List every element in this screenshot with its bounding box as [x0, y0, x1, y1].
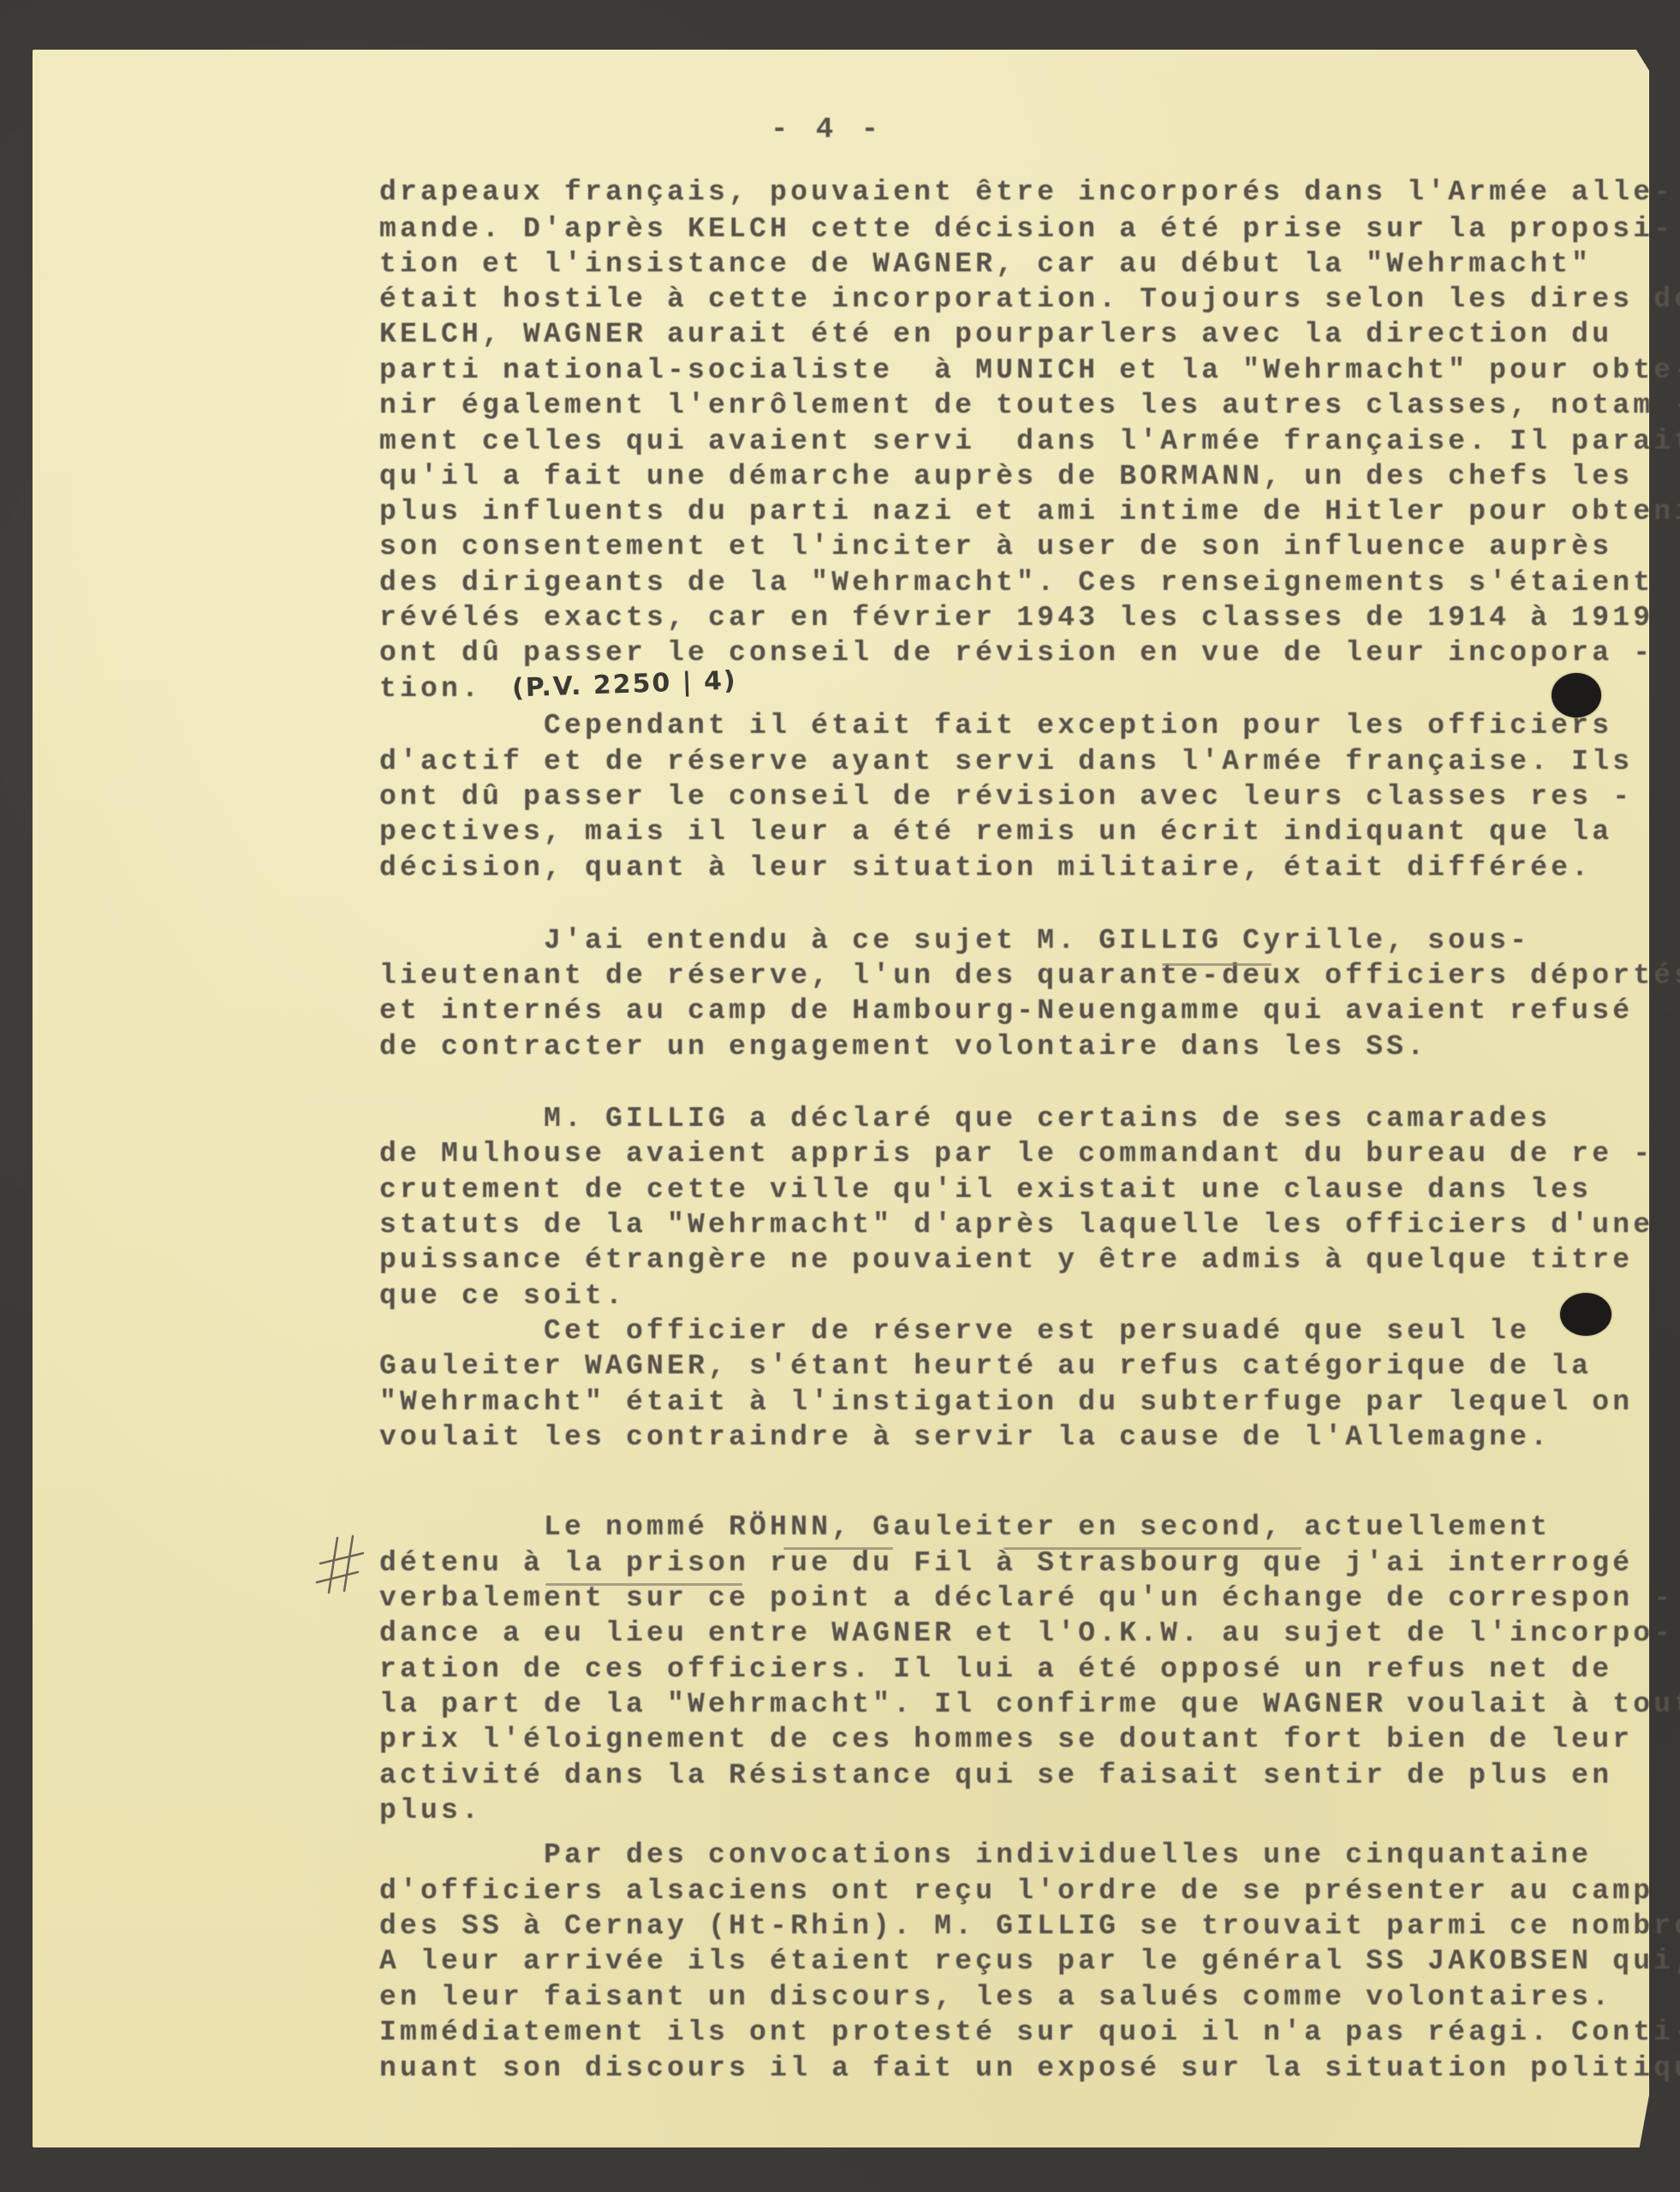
- text-line: Le nommé RÖHNN, Gauleiter en second, act…: [379, 1510, 1551, 1545]
- text-line: mande. D'après KELCH cette décision a ét…: [379, 212, 1674, 247]
- text-line: verbalement sur ce point a déclaré qu'un…: [379, 1581, 1674, 1616]
- gillig-underline: [1162, 963, 1272, 966]
- text-line: plus.: [379, 1794, 482, 1828]
- text-line: voulait les contraindre à servir la caus…: [379, 1421, 1551, 1455]
- text-line: Cet officier de réserve est persuadé que…: [379, 1314, 1530, 1349]
- text-line: M. GILLIG a déclaré que certains de ses …: [379, 1102, 1551, 1136]
- page-number: - 4 -: [771, 114, 884, 146]
- text-line: d'actif et de réserve ayant servi dans l…: [379, 745, 1633, 779]
- text-line: révélés exacts, car en février 1943 les …: [379, 601, 1653, 635]
- text-line: d'officiers alsaciens ont reçu l'ordre d…: [379, 1874, 1653, 1909]
- text-line: Gauleiter WAGNER, s'étant heurté au refu…: [379, 1349, 1592, 1384]
- text-line: de contracter un engagement volontaire d…: [379, 1030, 1427, 1064]
- text-line: ment celles qui avaient servi dans l'Arm…: [379, 425, 1680, 459]
- text-line: KELCH, WAGNER aurait été en pourparlers …: [379, 318, 1612, 352]
- text-line: en leur faisant un discours, les a salué…: [379, 1981, 1612, 2015]
- text-line: et internés au camp de Hambourg-Neuengam…: [379, 994, 1633, 1028]
- text-line: Cependant il était fait exception pour l…: [379, 709, 1612, 743]
- prison-underline: [545, 1583, 742, 1586]
- text-line: Immédiatement ils ont protesté sur quoi …: [379, 2016, 1680, 2050]
- text-line: ration de ces officiers. Il lui a été op…: [379, 1653, 1612, 1687]
- text-line: drapeaux français, pouvaient être incorp…: [379, 176, 1674, 210]
- text-line: ont dû passer le conseil de révision ave…: [379, 780, 1633, 814]
- text-line: ont dû passer le conseil de révision en …: [379, 636, 1653, 670]
- text-line: J'ai entendu à ce sujet M. GILLIG Cyrill…: [379, 924, 1530, 958]
- text-line: nir également l'enrôlement de toutes les…: [379, 389, 1680, 423]
- text-line: de Mulhouse avaient appris par le comman…: [379, 1137, 1653, 1171]
- text-line: détenu à la prison rue du Fil à Strasbou…: [379, 1546, 1633, 1581]
- text-line: A leur arrivée ils étaient reçus par le …: [379, 1945, 1680, 1979]
- text-line: tion.: [379, 672, 482, 706]
- text-line: prix l'éloignement de ces hommes se dout…: [379, 1723, 1633, 1757]
- text-line: crutement de cette ville qu'il existait …: [379, 1173, 1592, 1207]
- text-line: pectives, mais il leur a été remis un éc…: [379, 815, 1612, 849]
- text-line: statuts de la "Wehrmacht" d'après laquel…: [379, 1208, 1653, 1242]
- punch-hole-top: [1552, 673, 1601, 718]
- text-line: "Wehrmacht" était à l'instigation du sub…: [379, 1385, 1633, 1420]
- text-line: parti national-socialiste à MUNICH et la…: [379, 354, 1680, 388]
- text-line: que ce soit.: [379, 1279, 626, 1313]
- text-line: des dirigeants de la "Wehrmacht". Ces re…: [379, 566, 1653, 600]
- gauleiter-underline: [1004, 1547, 1302, 1550]
- text-line: dance a eu lieu entre WAGNER et l'O.K.W.…: [379, 1617, 1674, 1651]
- text-line: plus influents du parti nazi et ami inti…: [379, 495, 1680, 529]
- text-line: activité dans la Résistance qui se faisa…: [379, 1759, 1612, 1793]
- text-line: nuant son discours il a fait un exposé s…: [379, 2052, 1680, 2086]
- text-line: la part de la "Wehrmacht". Il confirme q…: [379, 1688, 1680, 1722]
- rohnn-underline: [783, 1547, 893, 1550]
- text-line: des SS à Cernay (Ht-Rhin). M. GILLIG se …: [379, 1909, 1680, 1944]
- text-line: était hostile à cette incorporation. Tou…: [379, 283, 1680, 317]
- text-line: son consentement et l'inciter à user de …: [379, 530, 1612, 564]
- text-line: Par des convocations individuelles une c…: [379, 1838, 1592, 1873]
- text-line: tion et l'insistance de WAGNER, car au d…: [379, 247, 1592, 282]
- margin-hash-mark-icon: [315, 1531, 366, 1599]
- text-line: qu'il a fait une démarche auprès de BORM…: [379, 460, 1633, 494]
- punch-hole-bottom: [1560, 1293, 1611, 1336]
- text-line: décision, quant à leur situation militai…: [379, 851, 1592, 885]
- text-line: lieutenant de réserve, l'un des quarante…: [379, 959, 1680, 993]
- text-line: puissance étrangère ne pouvaient y être …: [379, 1243, 1633, 1278]
